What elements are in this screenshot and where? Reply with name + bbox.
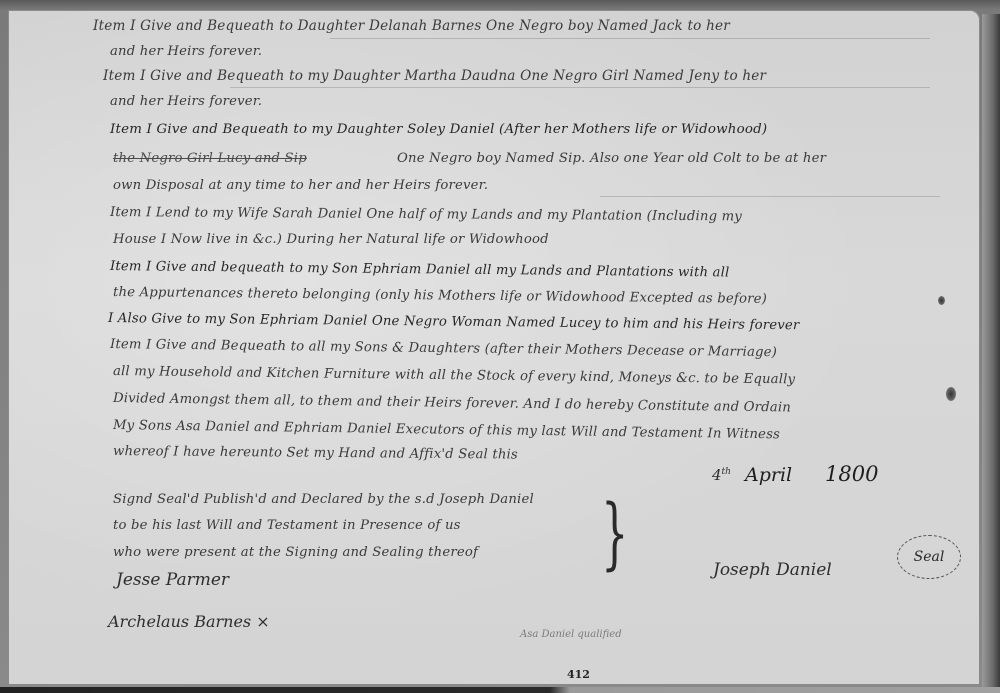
- seal-mark: Seal: [897, 535, 961, 579]
- witness-signature-1: Jesse Parmer: [116, 570, 229, 590]
- ink-blot: [946, 387, 956, 401]
- will-line-7: own Disposal at any time to her and her …: [113, 178, 488, 193]
- date-day-suffix: th: [722, 467, 731, 477]
- testator-signature: Joseph Daniel: [713, 560, 832, 580]
- will-line-5: Item I Give and Bequeath to my Daughter …: [110, 122, 767, 137]
- probate-note: Asa Daniel qualified: [520, 629, 622, 640]
- page-number: 412: [567, 668, 590, 681]
- attestation-brace: }: [601, 495, 628, 573]
- attestation-line-1: Signd Seal'd Publish'd and Declared by t…: [113, 492, 534, 507]
- scan-bottom-edge: [0, 687, 1000, 693]
- attestation-line-2: to be his last Will and Testament in Pre…: [113, 518, 461, 533]
- date-month: April: [745, 464, 792, 486]
- ruled-line: [230, 87, 930, 88]
- seal-label: Seal: [914, 549, 945, 565]
- will-line-3: Item I Give and Bequeath to my Daughter …: [103, 68, 766, 84]
- page-edge-shadow: [982, 14, 1000, 693]
- date-day: 4th: [712, 466, 731, 484]
- witness-signature-2: Archelaus Barnes ×: [108, 612, 270, 631]
- will-line-9: House I Now live in &c.) During her Natu…: [113, 232, 549, 247]
- will-line-1: Item I Give and Bequeath to Daughter Del…: [93, 18, 730, 34]
- attestation-line-3: who were present at the Signing and Seal…: [113, 545, 478, 560]
- date-day-number: 4: [712, 466, 722, 484]
- will-line-6: One Negro boy Named Sip. Also one Year o…: [397, 151, 826, 166]
- will-line-2: and her Heirs forever.: [110, 44, 262, 59]
- struck-out-text: the Negro Girl Lucy and Sip: [113, 151, 307, 166]
- ruled-line: [330, 38, 930, 39]
- will-line-4: and her Heirs forever.: [110, 94, 262, 109]
- ruled-line: [600, 196, 940, 197]
- ink-blot: [938, 296, 945, 305]
- date-year: 1800: [825, 462, 878, 486]
